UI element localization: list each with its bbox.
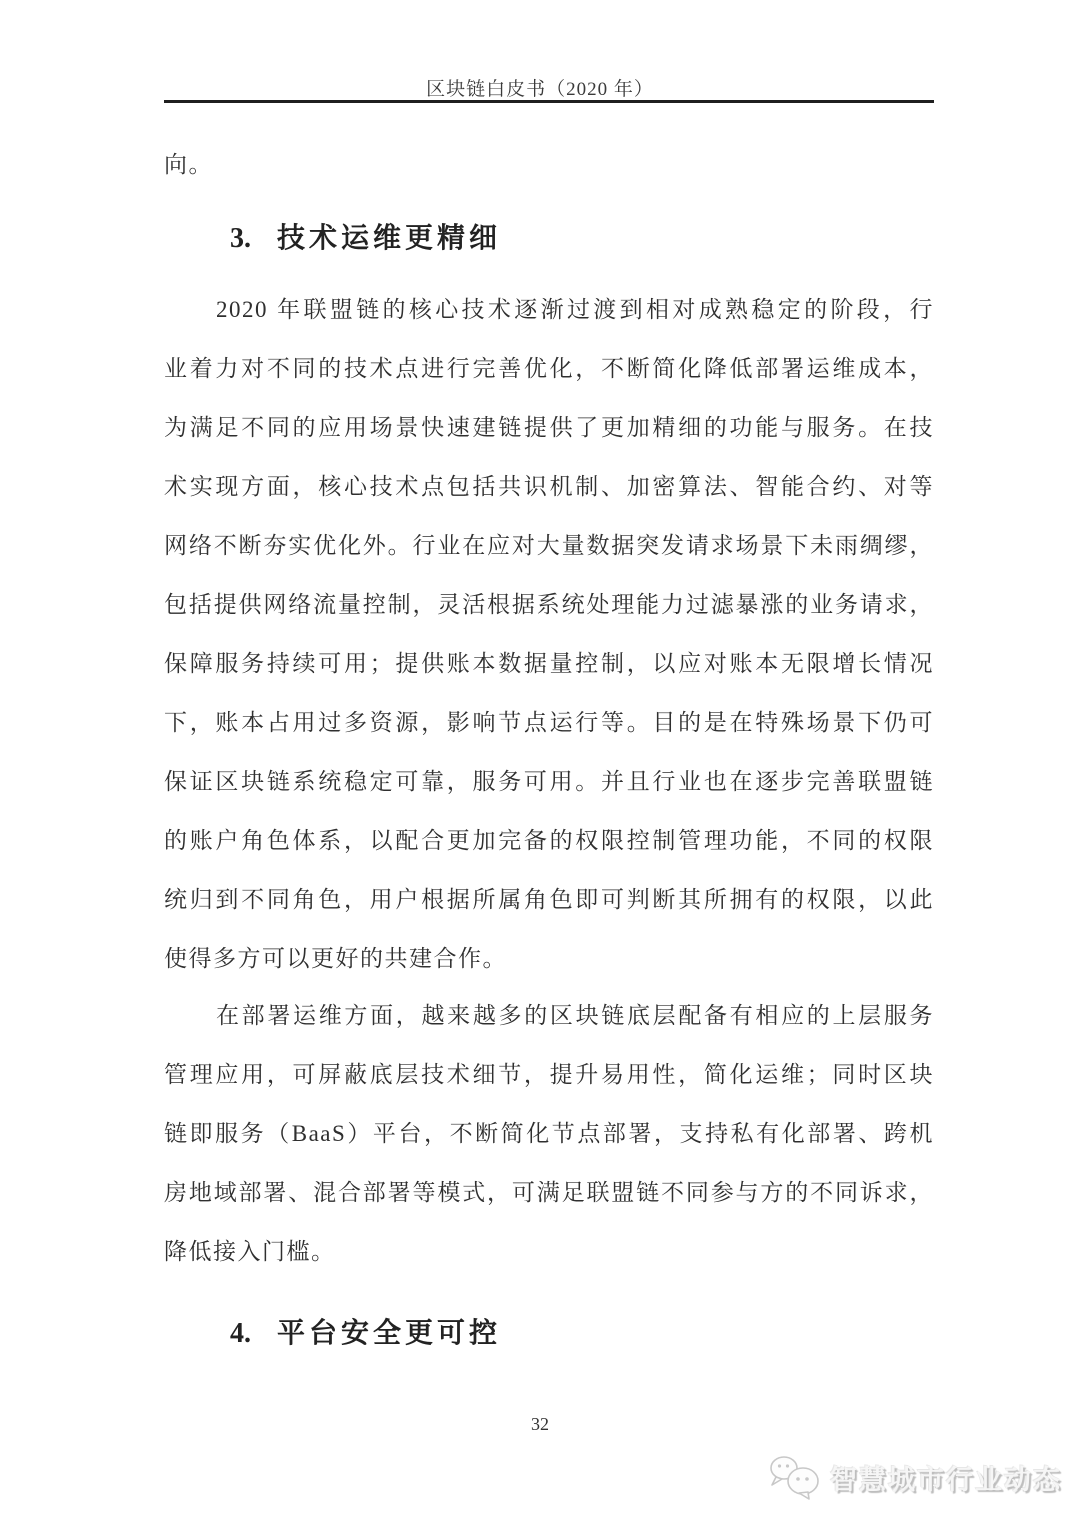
wechat-logo-icon [768, 1453, 822, 1501]
paragraph-2: 在部署运维方面，越来越多的区块链底层配备有相应的上层服务管理应用，可屏蔽底层技术… [164, 986, 934, 1281]
text-line: 下，账本占用过多资源，影响节点运行等。目的是在特殊场景下仍可 [164, 693, 934, 752]
text-line: 网络不断夯实优化外。行业在应对大量数据突发请求场景下未雨绸缪， [164, 516, 934, 575]
header-rule [164, 100, 934, 103]
text-line: 保证区块链系统稳定可靠，服务可用。并且行业也在逐步完善联盟链 [164, 752, 934, 811]
text-line: 包括提供网络流量控制，灵活根据系统处理能力过滤暴涨的业务请求， [164, 575, 934, 634]
section-heading-4: 4. 平台安全更可控 [230, 1311, 501, 1351]
text-line: 统归到不同角色，用户根据所属角色即可判断其所拥有的权限，以此 [164, 870, 934, 929]
header-title: 区块链白皮书（2020 年） [0, 74, 1080, 101]
text-line: 使得多方可以更好的共建合作。 [164, 929, 934, 988]
section-heading-3: 3. 技术运维更精细 [230, 216, 501, 256]
section-title: 技术运维更精细 [277, 216, 501, 256]
document-page: 区块链白皮书（2020 年） 向。 3. 技术运维更精细 2020 年联盟链的核… [0, 0, 1080, 1528]
section-number: 4. [230, 1318, 251, 1350]
text-line: 业着力对不同的技术点进行完善优化，不断简化降低部署运维成本， [164, 339, 934, 398]
text-line: 保障服务持续可用；提供账本数据量控制，以应对账本无限增长情况 [164, 634, 934, 693]
text-line: 2020 年联盟链的核心技术逐渐过渡到相对成熟稳定的阶段，行 [164, 280, 934, 339]
watermark-text: 智慧城市行业动态 [830, 1458, 1062, 1497]
carryover-text: 向。 [164, 146, 213, 179]
section-title: 平台安全更可控 [277, 1311, 501, 1351]
text-line: 术实现方面，核心技术点包括共识机制、加密算法、智能合约、对等 [164, 457, 934, 516]
page-number: 32 [0, 1414, 1080, 1435]
text-line: 在部署运维方面，越来越多的区块链底层配备有相应的上层服务 [164, 986, 934, 1045]
text-line: 管理应用，可屏蔽底层技术细节，提升易用性，简化运维；同时区块 [164, 1045, 934, 1104]
watermark: 智慧城市行业动态 [768, 1453, 1062, 1501]
text-line: 为满足不同的应用场景快速建链提供了更加精细的功能与服务。在技 [164, 398, 934, 457]
section-number: 3. [230, 223, 251, 255]
text-line: 降低接入门槛。 [164, 1222, 934, 1281]
text-line: 房地域部署、混合部署等模式，可满足联盟链不同参与方的不同诉求， [164, 1163, 934, 1222]
text-line: 的账户角色体系，以配合更加完备的权限控制管理功能，不同的权限 [164, 811, 934, 870]
text-line: 链即服务（BaaS）平台，不断简化节点部署，支持私有化部署、跨机 [164, 1104, 934, 1163]
paragraph-1: 2020 年联盟链的核心技术逐渐过渡到相对成熟稳定的阶段，行业着力对不同的技术点… [164, 280, 934, 988]
